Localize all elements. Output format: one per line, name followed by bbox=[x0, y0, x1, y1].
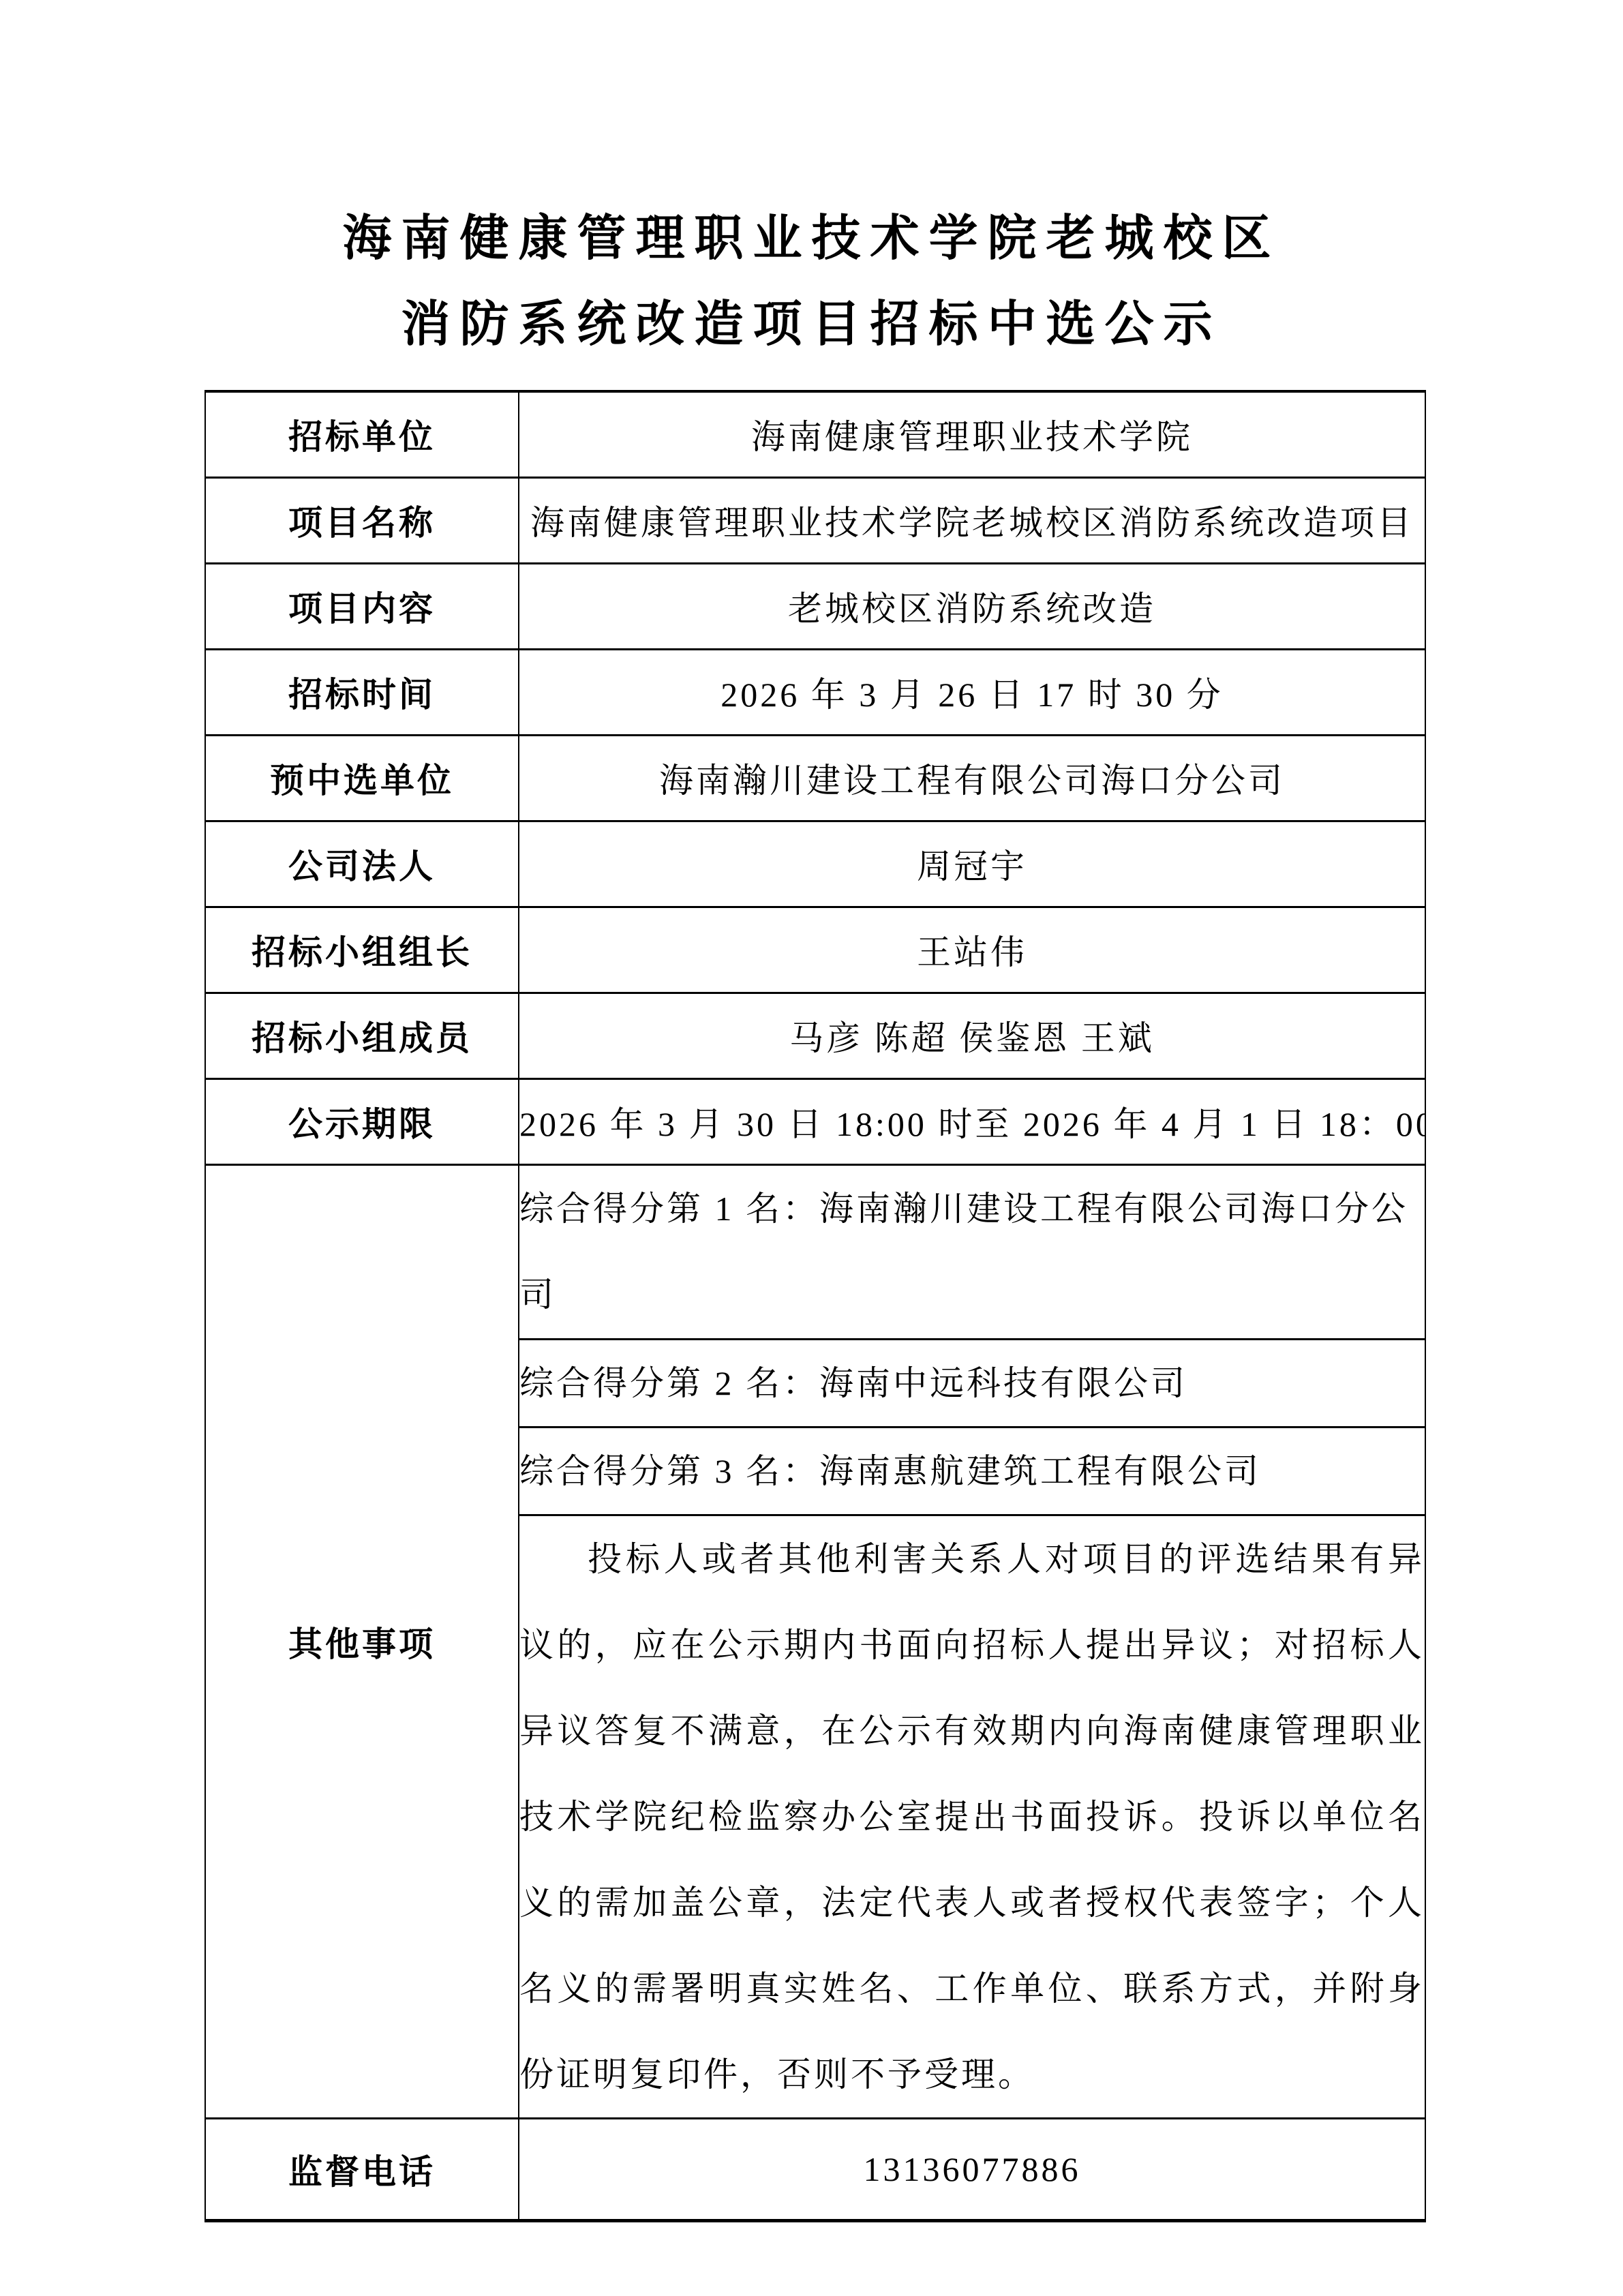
score-item-1: 综合得分第 1 名：海南瀚川建设工程有限公司海口分公司 bbox=[519, 1164, 1425, 1339]
table-row: 招标单位 海南健康管理职业技术学院 bbox=[205, 391, 1425, 477]
row-label-other-matters: 其他事项 bbox=[205, 1164, 519, 2118]
row-label-group-members: 招标小组成员 bbox=[205, 993, 519, 1078]
document-title-line2: 消防系统改造项目招标中选公示 bbox=[0, 282, 1623, 367]
table-row: 公示期限 2026 年 3 月 30 日 18:00 时至 2026 年 4 月… bbox=[205, 1078, 1425, 1164]
row-value-project-name: 海南健康管理职业技术学院老城校区消防系统改造项目 bbox=[519, 477, 1425, 563]
notice-table: 招标单位 海南健康管理职业技术学院 项目名称 海南健康管理职业技术学院老城校区消… bbox=[204, 390, 1426, 2222]
table-row: 监督电话 13136077886 bbox=[205, 2118, 1425, 2220]
table-row: 招标小组成员 马彦 陈超 侯鉴恩 王斌 bbox=[205, 993, 1425, 1078]
row-value-supervision-phone: 13136077886 bbox=[519, 2118, 1425, 2220]
table-row: 项目内容 老城校区消防系统改造 bbox=[205, 563, 1425, 649]
row-value-publicity-period: 2026 年 3 月 30 日 18:00 时至 2026 年 4 月 1 日 … bbox=[519, 1078, 1425, 1164]
row-label-bid-time: 招标时间 bbox=[205, 649, 519, 735]
row-label-project-content: 项目内容 bbox=[205, 563, 519, 649]
score-item-3: 综合得分第 3 名：海南惠航建筑工程有限公司 bbox=[519, 1427, 1425, 1515]
row-value-legal-person: 周冠宇 bbox=[519, 821, 1425, 907]
row-value-project-content: 老城校区消防系统改造 bbox=[519, 563, 1425, 649]
document-title-line1: 海南健康管理职业技术学院老城校区 bbox=[0, 196, 1623, 282]
row-label-supervision-phone: 监督电话 bbox=[205, 2118, 519, 2220]
document-title: 海南健康管理职业技术学院老城校区 消防系统改造项目招标中选公示 bbox=[0, 196, 1623, 367]
row-value-group-members: 马彦 陈超 侯鉴恩 王斌 bbox=[519, 993, 1425, 1078]
row-value-pre-selected-unit: 海南瀚川建设工程有限公司海口分公司 bbox=[519, 735, 1425, 821]
row-value-group-leader: 王站伟 bbox=[519, 907, 1425, 993]
row-label-project-name: 项目名称 bbox=[205, 477, 519, 563]
row-value-bid-unit: 海南健康管理职业技术学院 bbox=[519, 391, 1425, 477]
table-row: 预中选单位 海南瀚川建设工程有限公司海口分公司 bbox=[205, 735, 1425, 821]
score-item-2: 综合得分第 2 名：海南中远科技有限公司 bbox=[519, 1339, 1425, 1427]
document-page: 海南健康管理职业技术学院老城校区 消防系统改造项目招标中选公示 招标单位 海南健… bbox=[0, 0, 1623, 2296]
table-row: 招标小组组长 王站伟 bbox=[205, 907, 1425, 993]
table-row: 项目名称 海南健康管理职业技术学院老城校区消防系统改造项目 bbox=[205, 477, 1425, 563]
row-value-bid-time: 2026 年 3 月 26 日 17 时 30 分 bbox=[519, 649, 1425, 735]
row-label-group-leader: 招标小组组长 bbox=[205, 907, 519, 993]
objection-notice-paragraph: 投标人或者其他利害关系人对项目的评选结果有异议的，应在公示期内书面向招标人提出异… bbox=[519, 1515, 1425, 2118]
row-label-bid-unit: 招标单位 bbox=[205, 391, 519, 477]
table-row: 招标时间 2026 年 3 月 26 日 17 时 30 分 bbox=[205, 649, 1425, 735]
row-label-legal-person: 公司法人 bbox=[205, 821, 519, 907]
row-label-publicity-period: 公示期限 bbox=[205, 1078, 519, 1164]
table-row: 公司法人 周冠宇 bbox=[205, 821, 1425, 907]
table-row: 其他事项 综合得分第 1 名：海南瀚川建设工程有限公司海口分公司 bbox=[205, 1164, 1425, 1339]
row-label-pre-selected-unit: 预中选单位 bbox=[205, 735, 519, 821]
